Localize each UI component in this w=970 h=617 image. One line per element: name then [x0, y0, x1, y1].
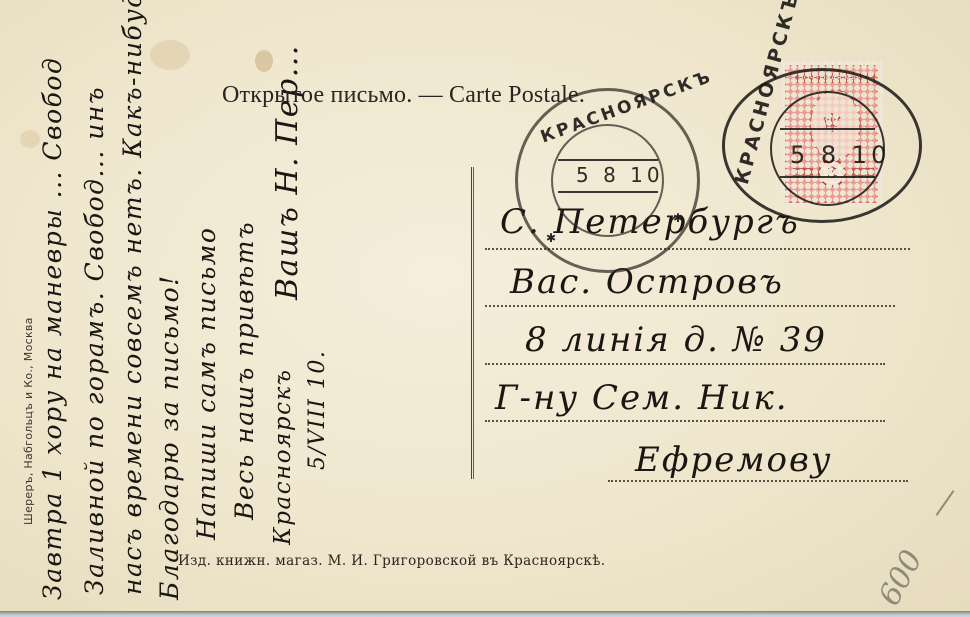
address-rule [485, 363, 885, 365]
message-line: Заливной по горамъ. Свобод... инъ [80, 86, 109, 595]
address-rule [608, 480, 908, 482]
address-rule [485, 420, 885, 422]
pencil-mark [936, 490, 955, 516]
printer-imprint: Шереръ, Набгольцъ и Ко., Москва [22, 317, 35, 525]
address-district: Вас. Островъ [510, 262, 784, 302]
publisher-imprint: Изд. книжн. магаз. М. И. Григоровской въ… [178, 553, 606, 569]
signature-date: 5/VIII 10. [305, 350, 330, 470]
message-line: насъ времени совсемъ нетъ. Какъ-нибудь [118, 0, 147, 595]
star-icon: ✱ [673, 211, 683, 226]
message-line: Весь нашъ привѣтъ [230, 221, 259, 520]
address-recipient: Г-ну Сем. Ник. [495, 378, 789, 418]
address-surname: Ефремову [635, 440, 833, 480]
divider-line [471, 167, 474, 479]
card-title: Открытое письмо. — Carte Postale. [222, 82, 585, 109]
message-line: Завтра 1 хору на маневры ... Свобод [38, 57, 67, 600]
message-line: Благодарю за письмо! [155, 274, 184, 600]
postmark-left: 5 8 10 КРАСНОЯРСКЪ ✱ ✱ [515, 88, 700, 273]
postmark-date: 5 8 10 [790, 141, 890, 169]
scan-edge [0, 611, 970, 617]
address-rule [485, 305, 895, 307]
postcard: Шереръ, Набгольцъ и Ко., Москва Завтра 1… [0, 0, 970, 612]
signature-place: Красноярскъ [270, 368, 296, 545]
pencil-price-note: 600 [872, 544, 930, 611]
postmark-right: 5 8 10 КРАСНОЯРСКЪ [722, 68, 922, 223]
stain [150, 40, 190, 70]
address-street: 8 линія д. № 39 [525, 320, 827, 360]
message-line: Напиши самъ письмо [192, 227, 221, 540]
postmark-date: 5 8 10 [576, 163, 664, 187]
star-icon: ✱ [546, 231, 556, 246]
stain [20, 130, 40, 148]
